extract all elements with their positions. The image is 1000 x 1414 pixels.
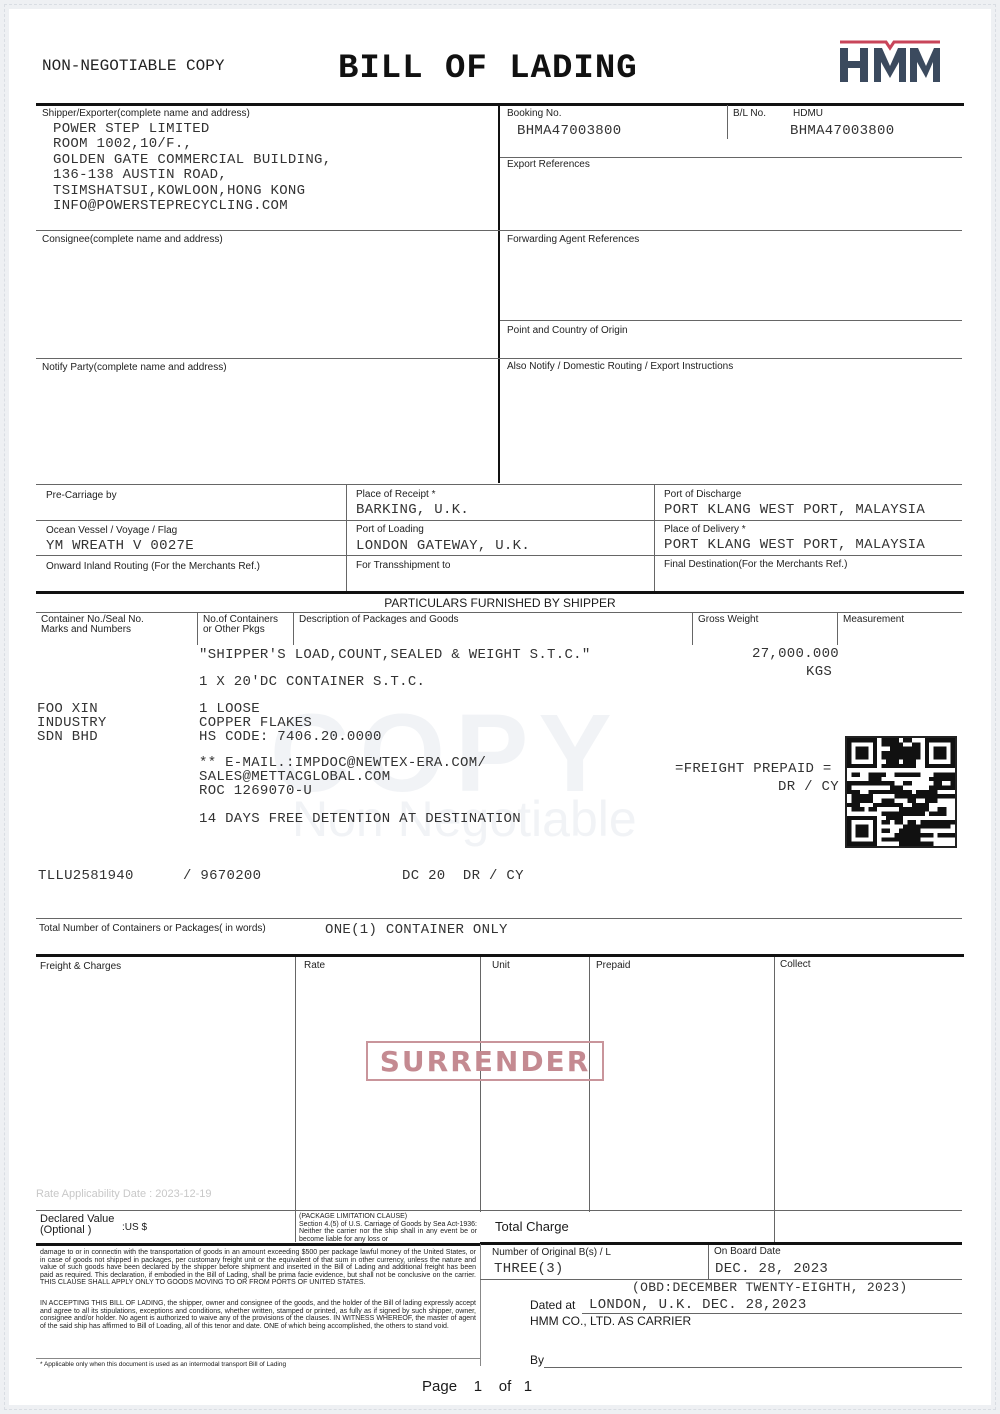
footnote: * Applicable only when this document is … — [40, 1361, 286, 1368]
package-limitation-clause: (PACKAGE LIMITATION CLAUSE) Section 4.(5… — [299, 1213, 477, 1243]
carrier-name: HMM CO., LTD. AS CARRIER — [530, 1314, 691, 1328]
container-stc: 1 X 20'DC CONTAINER S.T.C. — [199, 674, 425, 690]
marks-and-numbers: FOO XIN INDUSTRY SDN BHD — [37, 702, 107, 744]
package-clause-text: Section 4.(5) of U.S. Carriage of Goods … — [299, 1221, 477, 1244]
onward-inland-label: Onward Inland Routing (For the Merchants… — [46, 561, 260, 572]
obd-text: (OBD:DECEMBER TWENTY-EIGHTH, 2023) — [632, 1280, 907, 1295]
total-charge-label: Total Charge — [495, 1219, 569, 1234]
place-receipt-value: BARKING, U.K. — [356, 502, 469, 518]
bl-number: BHMA47003800 — [790, 123, 894, 139]
seal-number: / 9670200 — [183, 868, 261, 884]
email-line: ** E-MAIL.:IMPDOC@NEWTEX-ERA.COM/ — [199, 756, 486, 770]
col-collect: Collect — [780, 959, 811, 970]
marks-line: FOO XIN — [37, 702, 107, 716]
shipper-address: POWER STEP LIMITED ROOM 1002,10/F., GOLD… — [53, 122, 331, 214]
shipper-label: Shipper/Exporter(complete name and addre… — [42, 108, 250, 119]
email-line: SALES@METTACGLOBAL.COM — [199, 770, 486, 784]
pre-carriage-label: Pre-Carriage by — [46, 490, 117, 501]
page-current: 1 — [474, 1378, 482, 1395]
hmm-logo — [838, 38, 942, 84]
copy-type: NON-NEGOTIABLE COPY — [42, 57, 224, 75]
page-of-label: of — [499, 1378, 512, 1395]
place-receipt-label: Place of Receipt * — [356, 489, 436, 500]
goods-line: 1 LOOSE — [199, 702, 382, 716]
particulars-heading: PARTICULARS FURNISHED BY SHIPPER — [36, 596, 964, 610]
clause-continued: damage to or in connectin with the trans… — [40, 1249, 476, 1287]
total-packages-label: Total Number of Containers or Packages( … — [39, 923, 266, 934]
contact-info: ** E-MAIL.:IMPDOC@NEWTEX-ERA.COM/ SALES@… — [199, 756, 486, 798]
on-board-value: DEC. 28, 2023 — [715, 1261, 828, 1277]
col-measurement: Measurement — [843, 614, 904, 625]
place-delivery-label: Place of Delivery * — [664, 524, 746, 535]
col-unit: Unit — [492, 960, 510, 971]
document-title: BILL OF LADING — [338, 50, 638, 88]
booking-label: Booking No. — [507, 108, 561, 119]
shipper-line: GOLDEN GATE COMMERCIAL BUILDING, — [53, 153, 331, 168]
col-other-pkgs-text: or Other Pkgs — [203, 625, 278, 635]
booking-number: BHMA47003800 — [517, 123, 621, 139]
gross-weight-value: 27,000.000 — [752, 646, 839, 662]
point-origin-label: Point and Country of Origin — [507, 325, 628, 336]
col-container-no: Container No./Seal No. Marks and Numbers — [41, 615, 144, 635]
ocean-vessel-value: YM WREATH V 0027E — [46, 538, 194, 554]
qr-code — [845, 736, 957, 848]
shipper-line: 136-138 AUSTIN ROAD, — [53, 168, 331, 183]
page-total: 1 — [524, 1378, 532, 1395]
surrender-stamp: SURRENDER — [366, 1041, 604, 1081]
declared-value-label: Declared Value (Optional ) — [40, 1214, 114, 1236]
port-discharge-label: Port of Discharge — [664, 489, 741, 500]
declared-value-currency: :US $ — [122, 1222, 147, 1233]
goods-line: COPPER FLAKES — [199, 716, 382, 730]
port-loading-label: Port of Loading — [356, 524, 424, 535]
dated-at-value: LONDON, U.K. DEC. 28,2023 — [589, 1297, 807, 1313]
ocean-vessel-label: Ocean Vessel / Voyage / Flag — [46, 525, 177, 536]
on-board-label: On Board Date — [714, 1246, 781, 1257]
freight-terms: DR / CY — [778, 779, 839, 795]
declared-value-optional: (Optional ) — [40, 1225, 114, 1236]
shipper-load-text: "SHIPPER'S LOAD,COUNT,SEALED & WEIGHT S.… — [199, 647, 591, 663]
marks-line: INDUSTRY — [37, 716, 107, 730]
port-loading-value: LONDON GATEWAY, U.K. — [356, 538, 530, 554]
place-delivery-value: PORT KLANG WEST PORT, MALAYSIA — [664, 537, 925, 553]
accepting-clause: IN ACCEPTING THIS BILL OF LADING, the sh… — [40, 1300, 476, 1330]
shipper-line: POWER STEP LIMITED — [53, 122, 331, 137]
col-marks-text: Marks and Numbers — [41, 625, 144, 635]
detention-text: 14 DAYS FREE DETENTION AT DESTINATION — [199, 811, 521, 827]
marks-line: SDN BHD — [37, 730, 107, 744]
also-notify-label: Also Notify / Domestic Routing / Export … — [507, 361, 733, 372]
originals-label: Number of Original B(s) / L — [492, 1247, 611, 1258]
package-clause-title: (PACKAGE LIMITATION CLAUSE) — [299, 1213, 477, 1221]
port-discharge-value: PORT KLANG WEST PORT, MALAYSIA — [664, 502, 925, 518]
container-type: DC 20 DR / CY — [402, 868, 524, 884]
final-destination-label: Final Destination(For the Merchants Ref.… — [664, 559, 847, 570]
forwarding-agent-label: Forwarding Agent References — [507, 234, 639, 245]
col-no-containers: No.of Containers or Other Pkgs — [203, 615, 278, 635]
col-rate: Rate — [304, 960, 325, 971]
rate-applicability-date: Rate Applicability Date : 2023-12-19 — [36, 1188, 212, 1200]
shipper-line: INFO@POWERSTEPRECYCLING.COM — [53, 199, 331, 214]
originals-value: THREE(3) — [494, 1261, 564, 1277]
bl-no-label: B/L No. — [733, 108, 766, 119]
page-indicator: Page 1 of 1 — [422, 1378, 532, 1395]
goods-line: HS CODE: 7406.20.0000 — [199, 730, 382, 744]
shipper-line: TSIMSHATSUI,KOWLOON,HONG KONG — [53, 184, 331, 199]
consignee-label: Consignee(complete name and address) — [42, 234, 223, 245]
transshipment-label: For Transshipment to — [356, 560, 450, 571]
page-label: Page — [422, 1378, 457, 1395]
col-description: Description of Packages and Goods — [299, 614, 459, 625]
notify-party-label: Notify Party(complete name and address) — [42, 362, 227, 373]
bl-prefix: HDMU — [793, 108, 823, 119]
col-gross-weight: Gross Weight — [698, 614, 758, 625]
freight-prepaid: =FREIGHT PREPAID = — [675, 761, 832, 777]
container-number: TLLU2581940 — [38, 868, 134, 884]
dated-at-label: Dated at — [530, 1298, 575, 1312]
col-prepaid: Prepaid — [596, 960, 630, 971]
col-freight-charges: Freight & Charges — [40, 961, 121, 972]
total-packages-value: ONE(1) CONTAINER ONLY — [325, 922, 508, 938]
email-line: ROC 1269070-U — [199, 784, 486, 798]
shipper-line: ROOM 1002,10/F., — [53, 137, 331, 152]
gross-weight-unit: KGS — [806, 664, 832, 680]
export-references-label: Export References — [507, 159, 590, 170]
goods-description: 1 LOOSE COPPER FLAKES HS CODE: 7406.20.0… — [199, 702, 382, 744]
by-label: By — [530, 1353, 544, 1367]
